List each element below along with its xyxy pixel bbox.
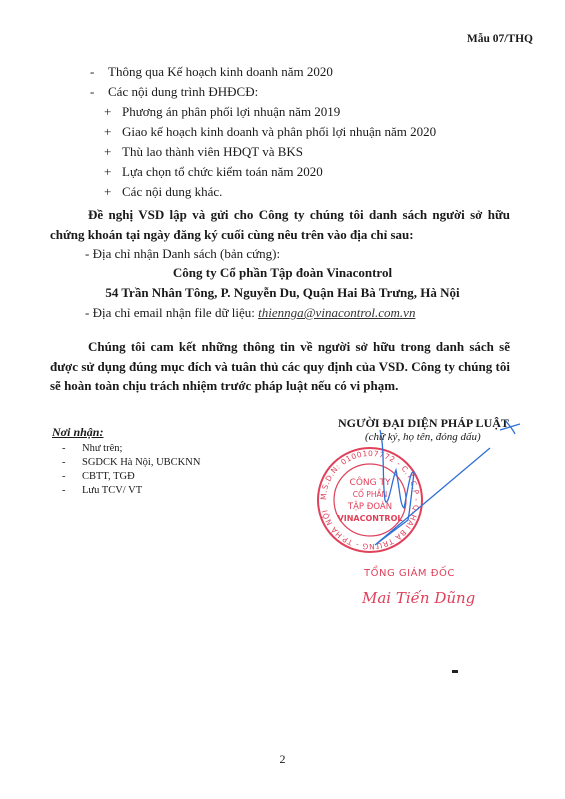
agenda-sub-item-text: Lựa chọn tổ chức kiểm toán năm 2020: [122, 164, 323, 180]
address-label: - Địa chỉ nhận Danh sách (bản cứng):: [85, 246, 280, 262]
bullet: +: [104, 144, 111, 160]
recipient-text: Lưu TCV/ VT: [82, 485, 142, 496]
position-title: TỔNG GIÁM ĐỐC: [364, 568, 455, 579]
email-line: - Địa chỉ email nhận file dữ liệu: thien…: [85, 305, 415, 321]
signer-name: Mai Tiến Dũng: [362, 589, 475, 607]
company-name: Công ty Cổ phần Tập đoàn Vinacontrol: [0, 265, 565, 281]
commitment-paragraph: Chúng tôi cam kết những thông tin về ngư…: [50, 337, 510, 396]
agenda-sub-item-text: Phương án phân phối lợi nhuận năm 2019: [122, 104, 340, 120]
bullet: -: [62, 485, 66, 496]
company-address: 54 Trần Nhân Tông, P. Nguyễn Du, Quận Ha…: [0, 285, 565, 301]
bullet: +: [104, 104, 111, 120]
request-text: Đề nghị VSD lập và gửi cho Công ty chúng…: [50, 207, 510, 242]
bullet: +: [104, 164, 111, 180]
agenda-sub-item-text: Thù lao thành viên HĐQT và BKS: [122, 144, 303, 160]
request-paragraph: Đề nghị VSD lập và gửi cho Công ty chúng…: [50, 205, 510, 244]
recipients-title: Nơi nhận:: [52, 425, 103, 440]
bullet: -: [90, 84, 94, 100]
email-link[interactable]: thiennga@vinacontrol.com.vn: [258, 305, 415, 320]
bullet: -: [62, 471, 66, 482]
bullet: +: [104, 184, 111, 200]
bullet: -: [90, 64, 94, 80]
recipient-text: CBTT, TGĐ: [82, 471, 135, 482]
bullet: -: [62, 457, 66, 468]
page-number: 2: [0, 752, 565, 767]
agenda-item-text: Các nội dung trình ĐHĐCĐ:: [108, 84, 258, 100]
form-code: Mẫu 07/THQ: [467, 33, 533, 45]
signature-scribble-icon: [330, 410, 530, 550]
agenda-sub-item-text: Các nội dung khác.: [122, 184, 222, 200]
ink-mark: [452, 670, 458, 673]
bullet: -: [62, 443, 66, 454]
email-label: - Địa chỉ email nhận file dữ liệu:: [85, 305, 258, 320]
commitment-text: Chúng tôi cam kết những thông tin về ngư…: [50, 339, 510, 393]
recipient-text: Như trên;: [82, 443, 122, 454]
agenda-sub-item-text: Giao kế hoạch kinh doanh và phân phối lợ…: [122, 124, 436, 140]
recipient-text: SGDCK Hà Nội, UBCKNN: [82, 457, 200, 468]
agenda-item-text: Thông qua Kế hoạch kinh doanh năm 2020: [108, 64, 333, 80]
bullet: +: [104, 124, 111, 140]
